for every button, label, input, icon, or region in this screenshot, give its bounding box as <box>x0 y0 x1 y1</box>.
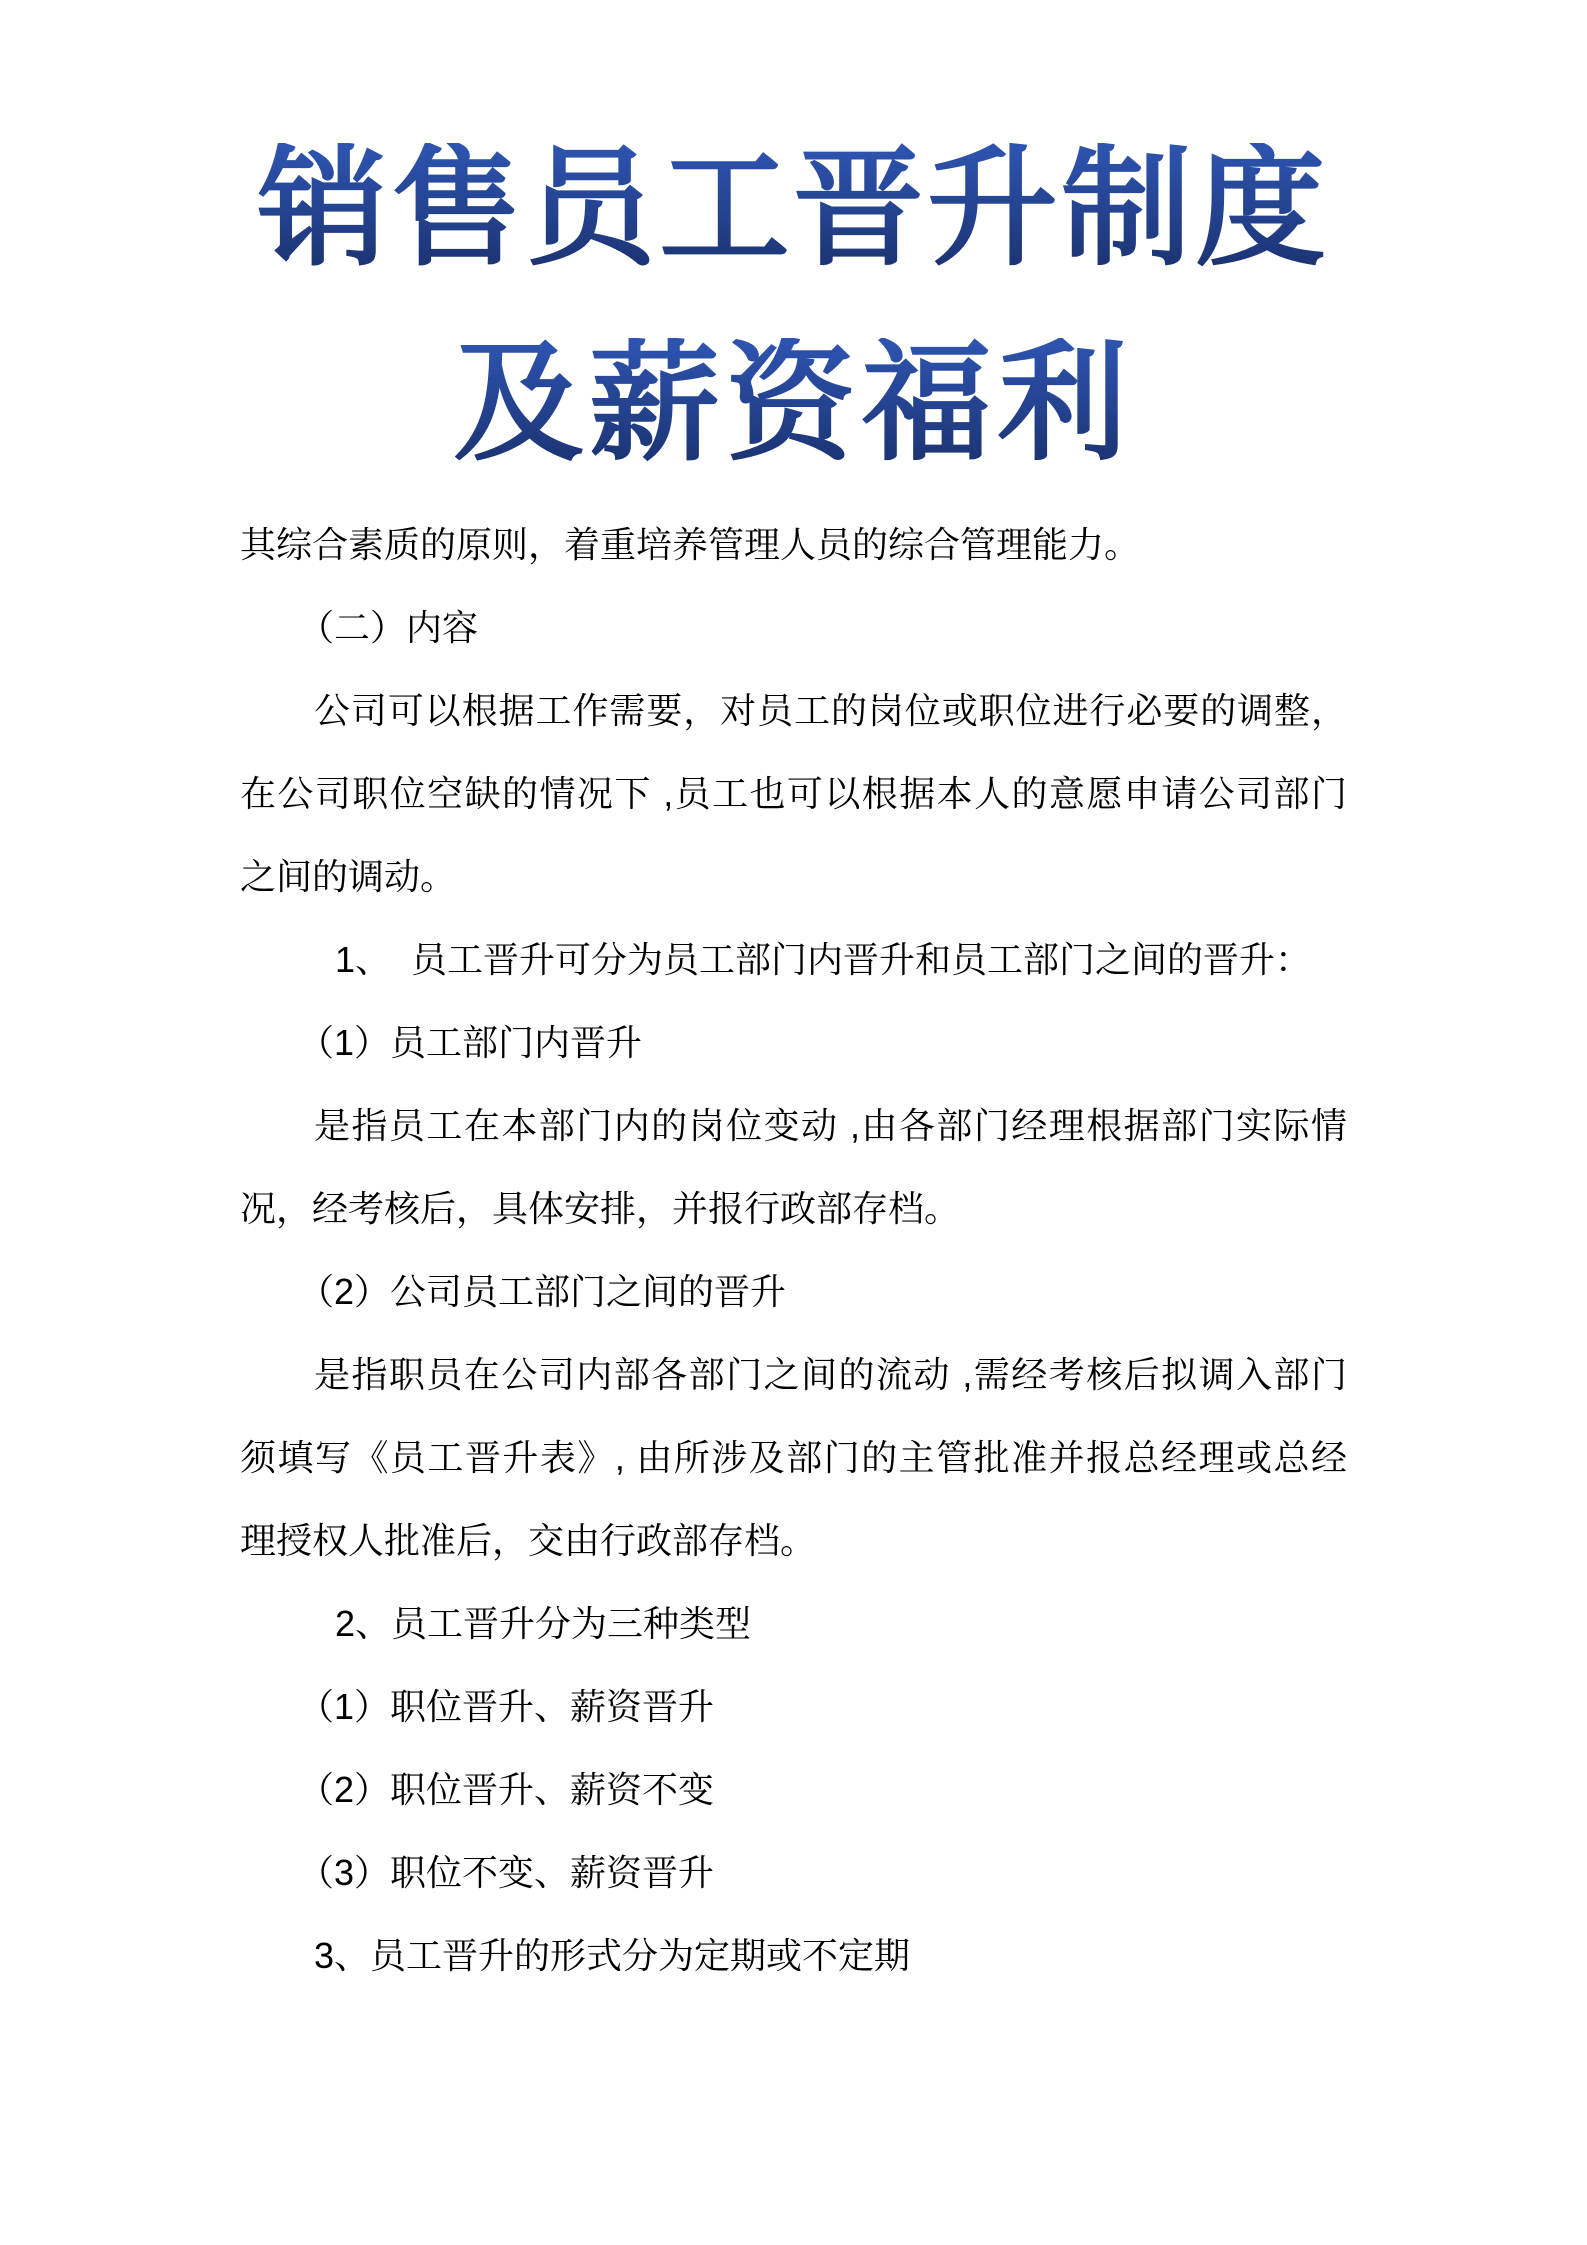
text-line: （1）职位晋升、薪资晋升 <box>240 1665 1347 1748</box>
text-line: 在公司职位空缺的情况下 ,员工也可以根据本人的意愿申请公司部门 <box>240 752 1347 835</box>
text-line: 公司可以根据工作需要，对员工的岗位或职位进行必要的调整， <box>240 669 1347 752</box>
text-line: （二）内容 <box>240 586 1347 669</box>
text-line: （2）公司员工部门之间的晋升 <box>240 1250 1347 1333</box>
text-line: 2、员工晋升分为三种类型 <box>240 1582 1347 1665</box>
text-line: （1）员工部门内晋升 <box>240 1001 1347 1084</box>
document-title-line-1: 销售员工晋升制度 <box>0 143 1587 273</box>
text-line: （2）职位晋升、薪资不变 <box>240 1748 1347 1831</box>
text-line: 况，经考核后，具体安排，并报行政部存档。 <box>240 1167 1347 1250</box>
document-title-line-2: 及薪资福利 <box>0 338 1587 468</box>
text-line: （3）职位不变、薪资晋升 <box>240 1831 1347 1914</box>
text-line: 理授权人批准后，交由行政部存档。 <box>240 1499 1347 1582</box>
text-line: 须填写《员工晋升表》, 由所涉及部门的主管批准并报总经理或总经 <box>240 1416 1347 1499</box>
text-line: 1、 员工晋升可分为员工部门内晋升和员工部门之间的晋升： <box>240 918 1347 1001</box>
text-line: 3、员工晋升的形式分为定期或不定期 <box>240 1914 1347 1997</box>
text-line: 其综合素质的原则，着重培养管理人员的综合管理能力。 <box>240 503 1347 586</box>
text-line: 之间的调动。 <box>240 835 1347 918</box>
document-page: 销售员工晋升制度 及薪资福利 其综合素质的原则，着重培养管理人员的综合管理能力。… <box>0 0 1587 2245</box>
text-line: 是指员工在本部门内的岗位变动 ,由各部门经理根据部门实际情 <box>240 1084 1347 1167</box>
document-body: 其综合素质的原则，着重培养管理人员的综合管理能力。（二）内容公司可以根据工作需要… <box>240 503 1347 1997</box>
text-line: 是指职员在公司内部各部门之间的流动 ,需经考核后拟调入部门 <box>240 1333 1347 1416</box>
